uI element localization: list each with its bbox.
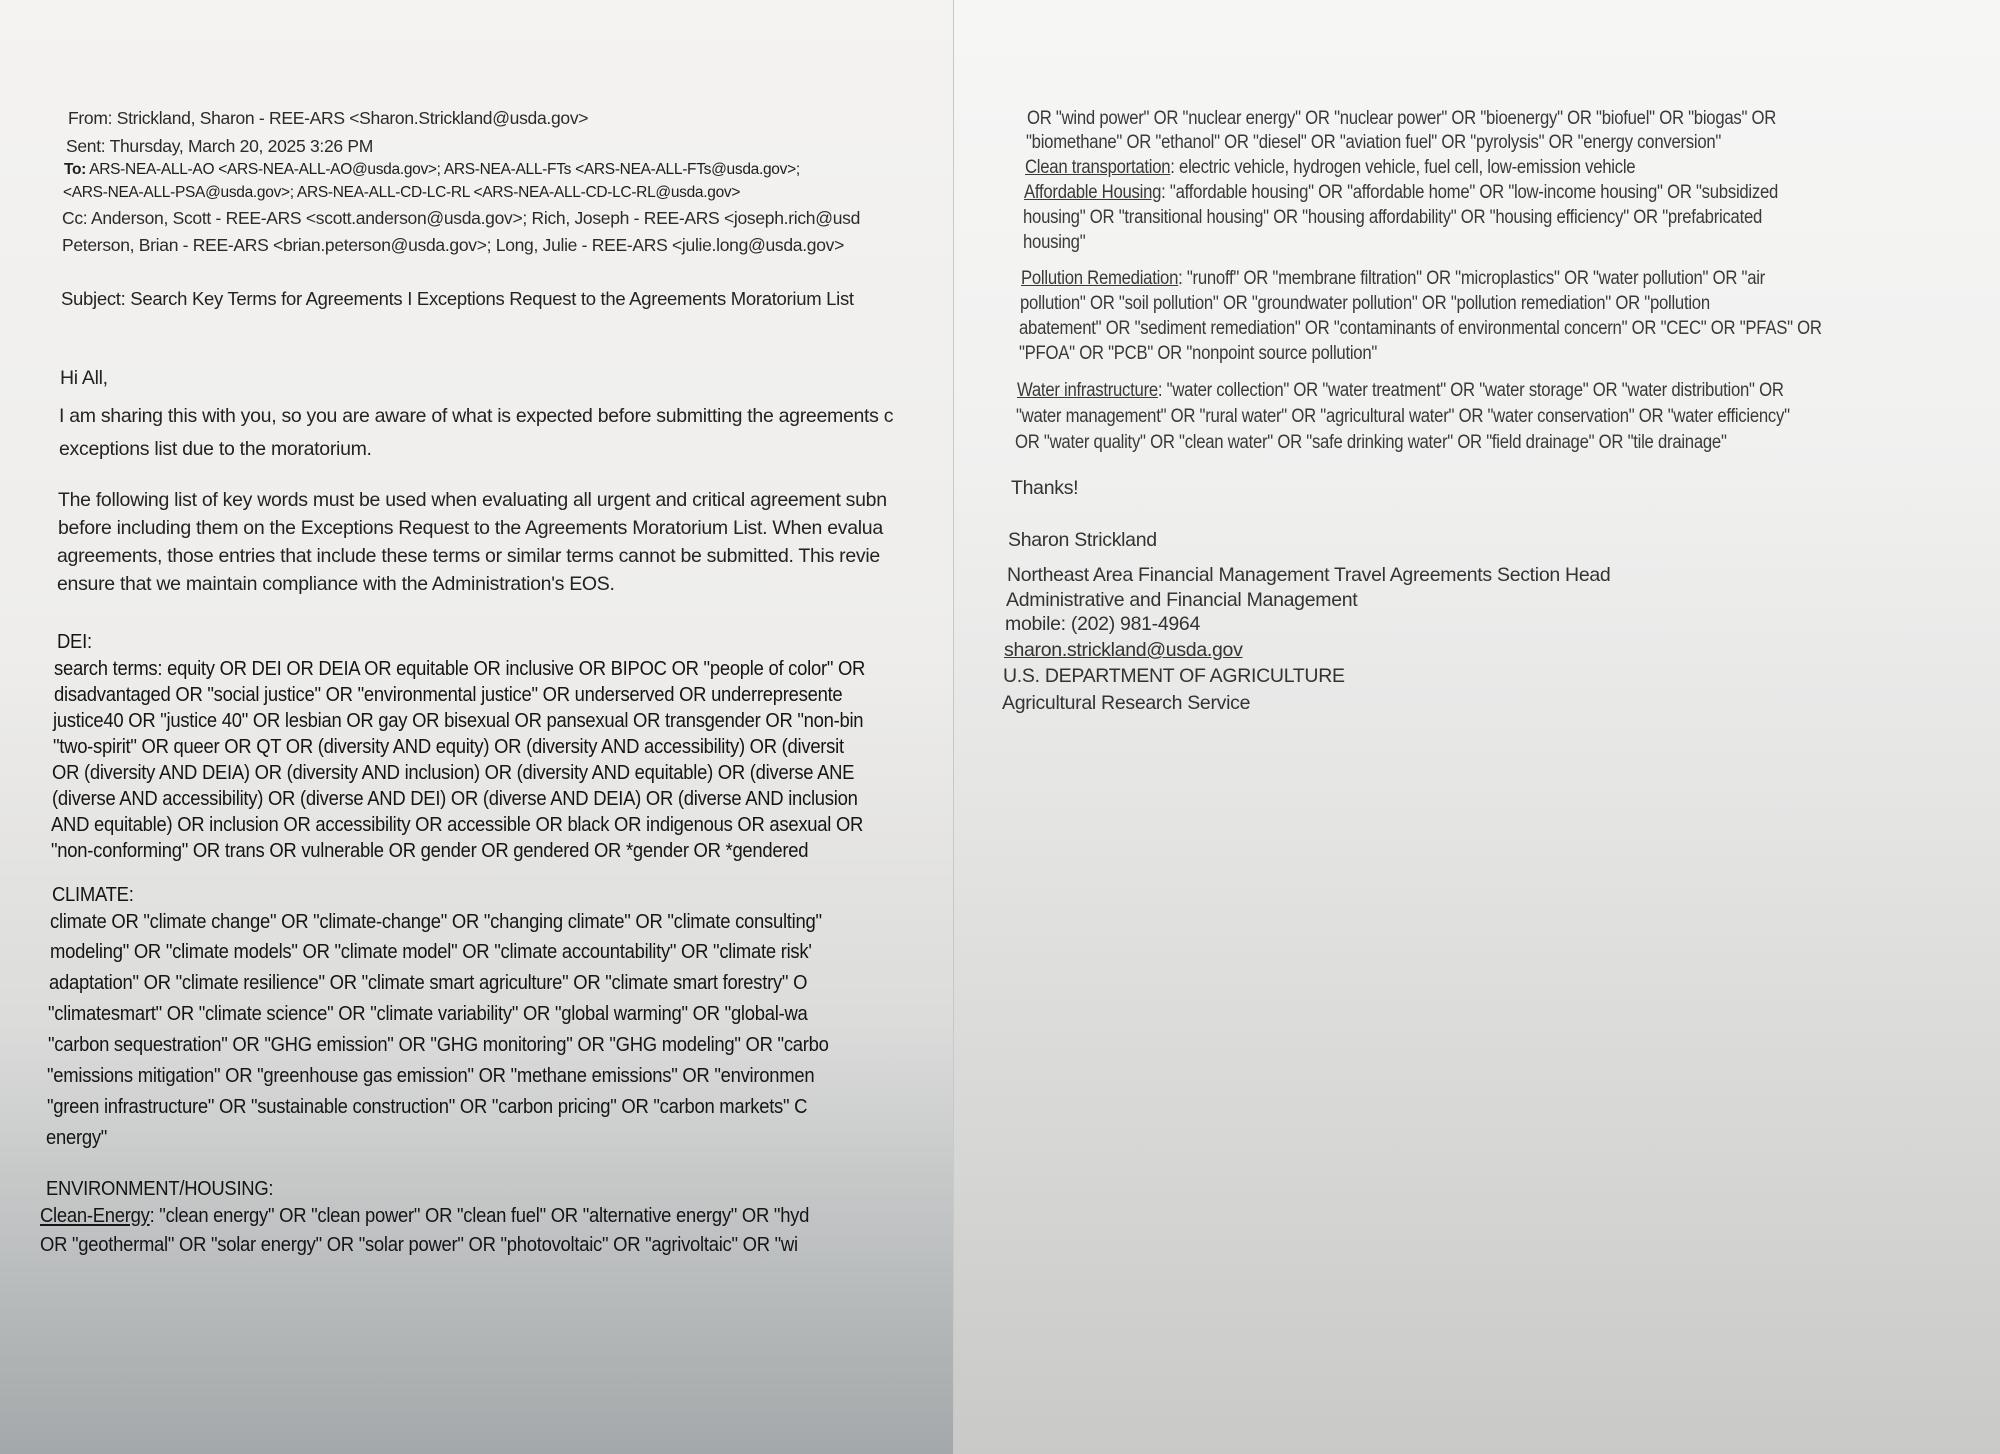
climate-line: energy": [46, 1126, 107, 1150]
pollution-line-4: "PFOA" OR "PCB" OR "nonpoint source poll…: [1019, 343, 1377, 365]
water-infrastructure-label: Water infrastructure: [1017, 380, 1158, 401]
dei-title: DEI:: [57, 630, 92, 654]
cc-line-2: Peterson, Brian - REE-ARS <brian.peterso…: [62, 235, 844, 256]
climate-line: "climatesmart" OR "climate science" OR "…: [48, 1002, 807, 1026]
affordable-housing-line-2: housing" OR "transitional housing" OR "h…: [1023, 207, 1762, 229]
page-left: From: Strickland, Sharon - REE-ARS <Shar…: [0, 0, 953, 1454]
water-line-2: "water management" OR "rural water" OR "…: [1016, 406, 1790, 428]
to-recipients-1: ARS-NEA-ALL-AO <ARS-NEA-ALL-AO@usda.gov>…: [86, 161, 800, 178]
pollution-line-1: Pollution Remediation: "runoff" OR "memb…: [1021, 268, 1765, 290]
pollution-line-2: pollution" OR "soil pollution" OR "groun…: [1020, 293, 1710, 315]
intro-line-1: I am sharing this with you, so you are a…: [59, 405, 893, 428]
dei-line: OR (diversity AND DEIA) OR (diversity AN…: [52, 761, 854, 785]
signature-name: Sharon Strickland: [1008, 529, 1157, 552]
cc-line-1: Cc: Anderson, Scott - REE-ARS <scott.and…: [62, 208, 860, 229]
from-line: From: Strickland, Sharon - REE-ARS <Shar…: [68, 108, 588, 129]
water-line-3: OR "water quality" OR "clean water" OR "…: [1015, 432, 1727, 454]
subject-line: Subject: Search Key Terms for Agreements…: [61, 288, 854, 310]
climate-line: "green infrastructure" OR "sustainable c…: [47, 1095, 807, 1119]
environment-housing-title: ENVIRONMENT/HOUSING:: [46, 1177, 273, 1201]
dei-line: AND equitable) OR inclusion OR accessibi…: [51, 813, 863, 837]
signature-title: Northeast Area Financial Management Trav…: [1007, 564, 1610, 587]
dei-line: justice40 OR "justice 40" OR lesbian OR …: [53, 709, 863, 733]
climate-title: CLIMATE:: [52, 883, 134, 907]
dei-line: "two-spirit" OR queer OR QT OR (diversit…: [53, 735, 844, 759]
closing: Thanks!: [1011, 477, 1078, 500]
clean-transportation-label: Clean transportation: [1025, 157, 1170, 178]
clean-energy-line-4: "biomethane" OR "ethanol" OR "diesel" OR…: [1026, 132, 1721, 154]
signature-mobile: mobile: (202) 981-4964: [1005, 613, 1200, 636]
water-line-1: Water infrastructure: "water collection"…: [1017, 380, 1784, 402]
clean-energy-label: Clean-Energy: [40, 1204, 150, 1227]
dei-line: search terms: equity OR DEI OR DEIA OR e…: [54, 657, 865, 681]
dei-line: disadvantaged OR "social justice" OR "en…: [54, 683, 842, 707]
affordable-housing-text: : "affordable housing" OR "affordable ho…: [1161, 182, 1778, 203]
clean-energy-line-1: Clean-Energy: "clean energy" OR "clean p…: [40, 1204, 809, 1228]
dei-line: "non-conforming" OR trans OR vulnerable …: [51, 839, 808, 863]
to-label: To:: [64, 161, 86, 178]
clean-energy-text: : "clean energy" OR "clean power" OR "cl…: [150, 1204, 810, 1227]
clean-energy-line-2: OR "geothermal" OR "solar energy" OR "so…: [40, 1233, 798, 1257]
climate-line: climate OR "climate change" OR "climate-…: [50, 910, 822, 934]
water-text: : "water collection" OR "water treatment…: [1158, 380, 1784, 401]
affordable-housing-label: Affordable Housing: [1024, 182, 1161, 203]
climate-line: modeling" OR "climate models" OR "climat…: [50, 940, 812, 964]
paragraph-line-4: ensure that we maintain compliance with …: [57, 573, 615, 596]
paragraph-line-1: The following list of key words must be …: [58, 489, 887, 512]
sent-line: Sent: Thursday, March 20, 2025 3:26 PM: [66, 136, 373, 157]
pollution-remediation-label: Pollution Remediation: [1021, 268, 1178, 289]
dei-line: (diverse AND accessibility) OR (diverse …: [52, 787, 858, 811]
intro-line-2: exceptions list due to the moratorium.: [59, 438, 372, 461]
signature-division: Administrative and Financial Management: [1006, 589, 1357, 612]
climate-line: "carbon sequestration" OR "GHG emission"…: [48, 1033, 829, 1057]
pollution-line-3: abatement" OR "sediment remediation" OR …: [1019, 318, 1822, 340]
to-line-2: <ARS-NEA-ALL-PSA@usda.gov>; ARS-NEA-ALL-…: [63, 184, 740, 202]
to-line-1: To: ARS-NEA-ALL-AO <ARS-NEA-ALL-AO@usda.…: [64, 161, 800, 179]
clean-energy-line-3: OR "wind power" OR "nuclear energy" OR "…: [1027, 108, 1776, 130]
greeting: Hi All,: [60, 367, 108, 390]
clean-transportation-text: : electric vehicle, hydrogen vehicle, fu…: [1170, 157, 1635, 178]
pollution-text: : "runoff" OR "membrane filtration" OR "…: [1178, 268, 1765, 289]
paragraph-line-2: before including them on the Exceptions …: [58, 517, 883, 540]
signature-department: U.S. DEPARTMENT OF AGRICULTURE: [1003, 665, 1345, 688]
clean-transportation-line: Clean transportation: electric vehicle, …: [1025, 157, 1635, 179]
climate-line: "emissions mitigation" OR "greenhouse ga…: [47, 1064, 814, 1088]
paragraph-line-3: agreements, those entries that include t…: [57, 545, 880, 568]
affordable-housing-line-1: Affordable Housing: "affordable housing"…: [1024, 182, 1778, 204]
affordable-housing-line-3: housing": [1023, 232, 1085, 254]
page-right: OR "wind power" OR "nuclear energy" OR "…: [953, 0, 2000, 1454]
signature-email-link[interactable]: sharon.strickland@usda.gov: [1004, 639, 1243, 662]
signature-agency: Agricultural Research Service: [1002, 692, 1250, 715]
climate-line: adaptation" OR "climate resilience" OR "…: [49, 971, 807, 995]
